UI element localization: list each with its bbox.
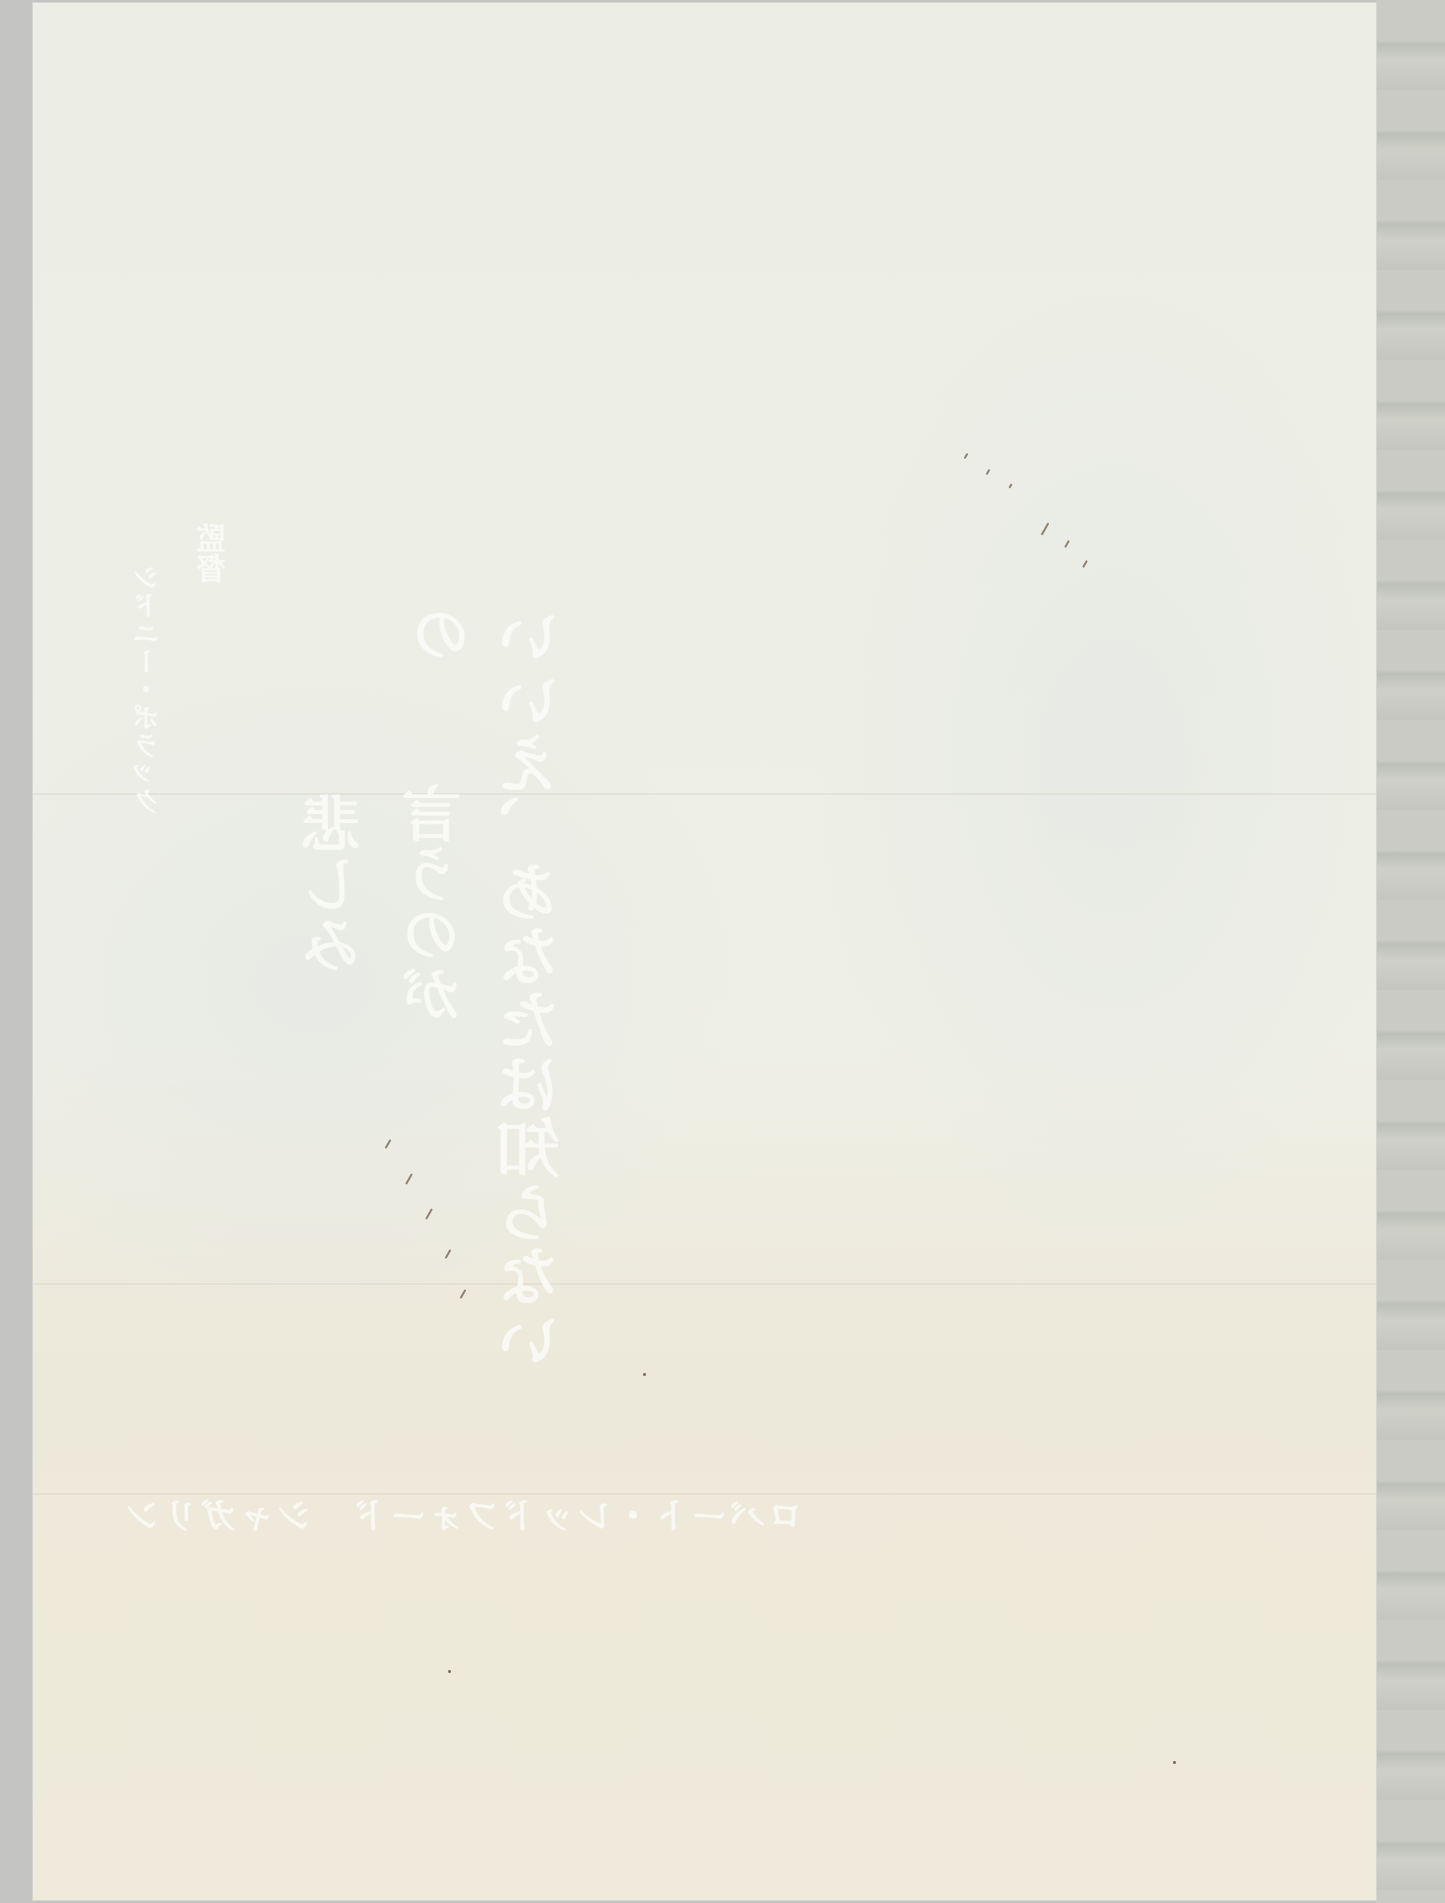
showthrough-small-1: 監督: [193, 523, 237, 583]
showthrough-headline: いいえ、あなたは知らない: [488, 603, 580, 1371]
showthrough-headline-3: 悲しみ: [293, 793, 379, 973]
paper-sheet: いいえ、あなたは知らない 言うのが 悲しみ の 監督 シドニー・ポラック ロバー…: [33, 3, 1376, 1900]
fold-line: [33, 1283, 1376, 1285]
showthrough-headline-4: の: [403, 603, 489, 663]
scanner-margin-right: [1376, 0, 1445, 1903]
showthrough-small-2: シドニー・ポラック: [128, 563, 168, 815]
showthrough-credit: ロバート・レッドフォード シャガリン: [123, 1488, 803, 1539]
fold-line: [33, 793, 1376, 795]
showthrough-headline-2: 言うのが: [393, 783, 479, 1023]
